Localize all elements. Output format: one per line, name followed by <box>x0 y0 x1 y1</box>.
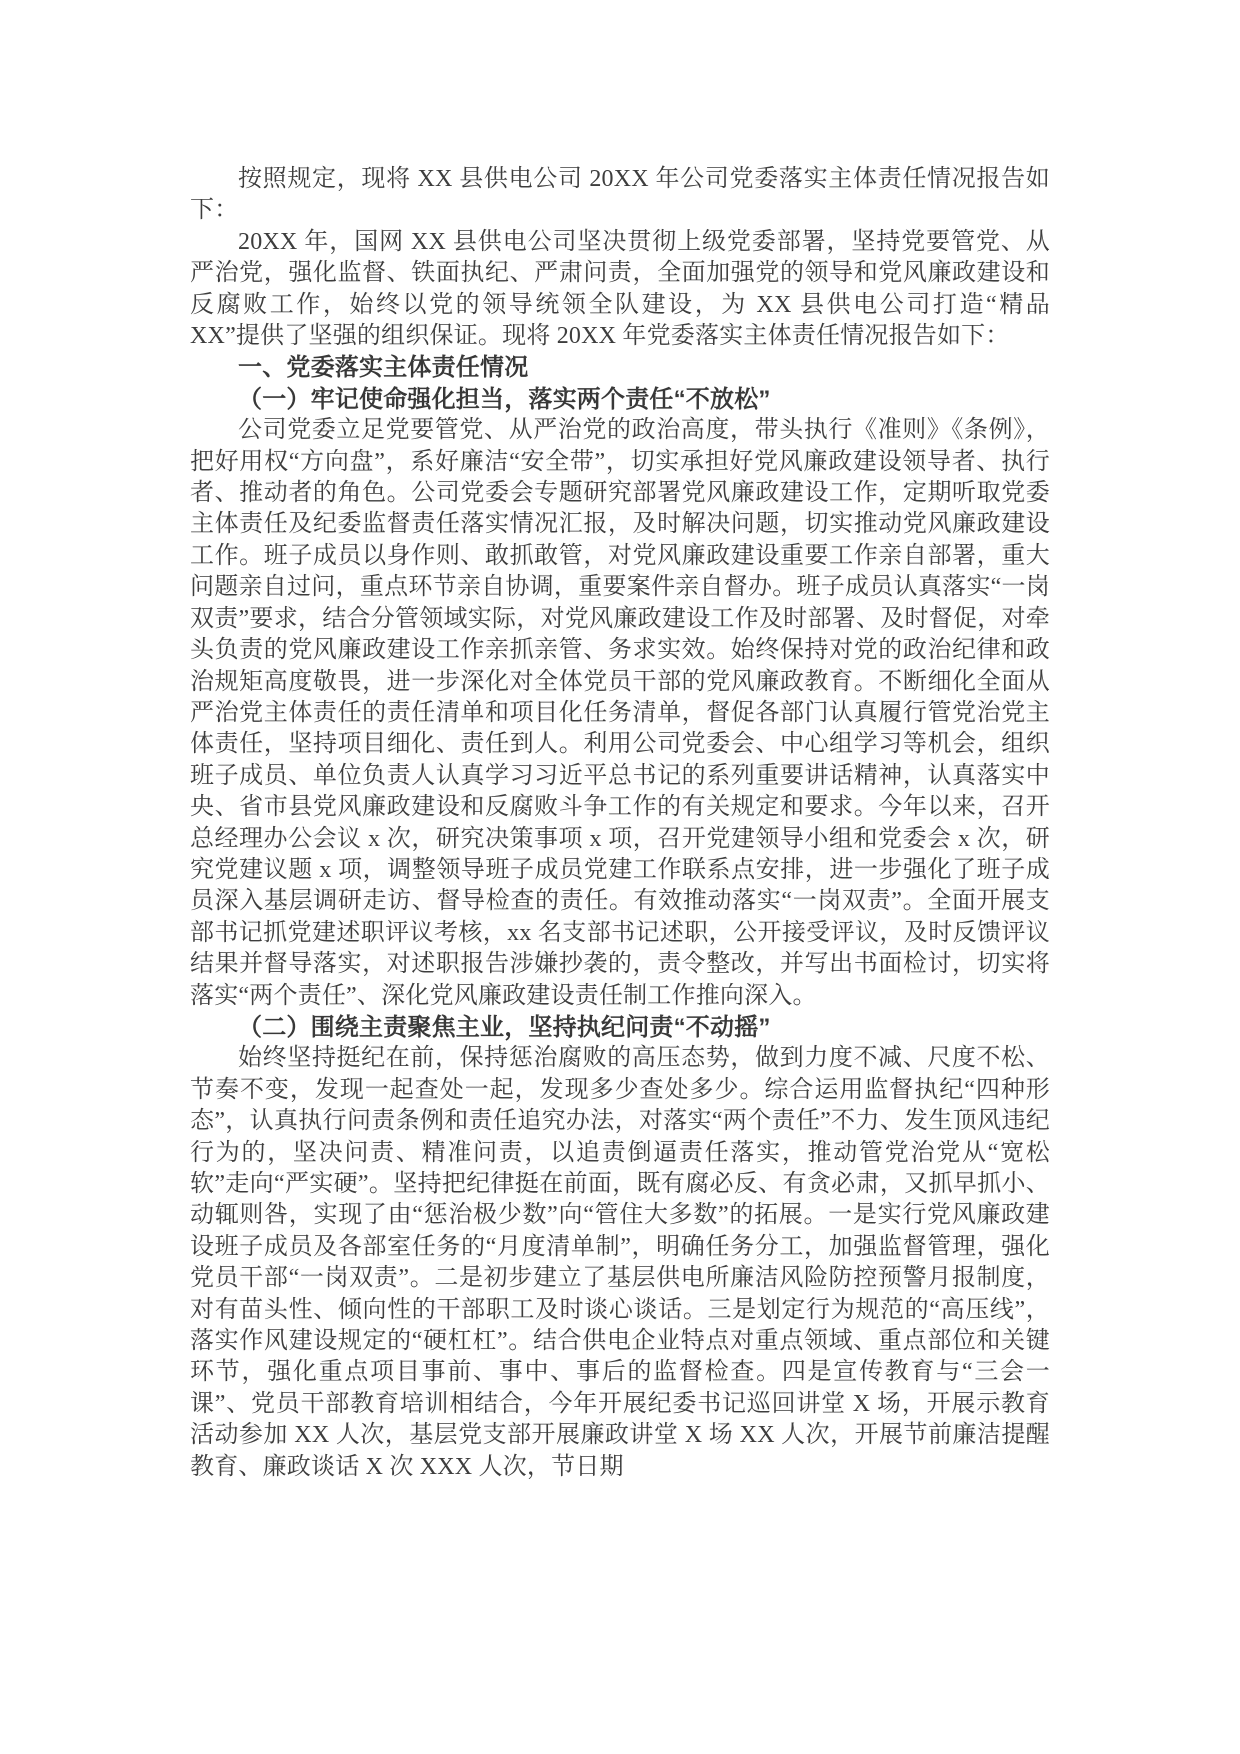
paragraph-subsection-1: 公司党委立足党要管党、从严治党的政治高度，带头执行《准则》《条例》，把好用权“方… <box>190 415 1050 1012</box>
paragraph-overview: 20XX 年，国网 XX 县供电公司坚决贯彻上级党委部署，坚持党要管党、从严治党… <box>190 227 1050 353</box>
section-heading-1: 一、党委落实主体责任情况 <box>190 352 1050 383</box>
paragraph-subsection-2: 始终坚持挺纪在前，保持惩治腐败的高压态势，做到力度不减、尺度不松、节奏不变，发现… <box>190 1043 1050 1483</box>
document-page: 按照规定，现将 XX 县供电公司 20XX 年公司党委落实主体责任情况报告如下：… <box>0 0 1240 1754</box>
paragraph-intro: 按照规定，现将 XX 县供电公司 20XX 年公司党委落实主体责任情况报告如下： <box>190 164 1050 227</box>
subsection-heading-1: （一）牢记使命强化担当，落实两个责任“不放松” <box>190 384 1050 415</box>
subsection-heading-2: （二）围绕主责聚焦主业，坚持执纪问责“不动摇” <box>190 1012 1050 1043</box>
document-body: 按照规定，现将 XX 县供电公司 20XX 年公司党委落实主体责任情况报告如下：… <box>190 164 1050 1483</box>
